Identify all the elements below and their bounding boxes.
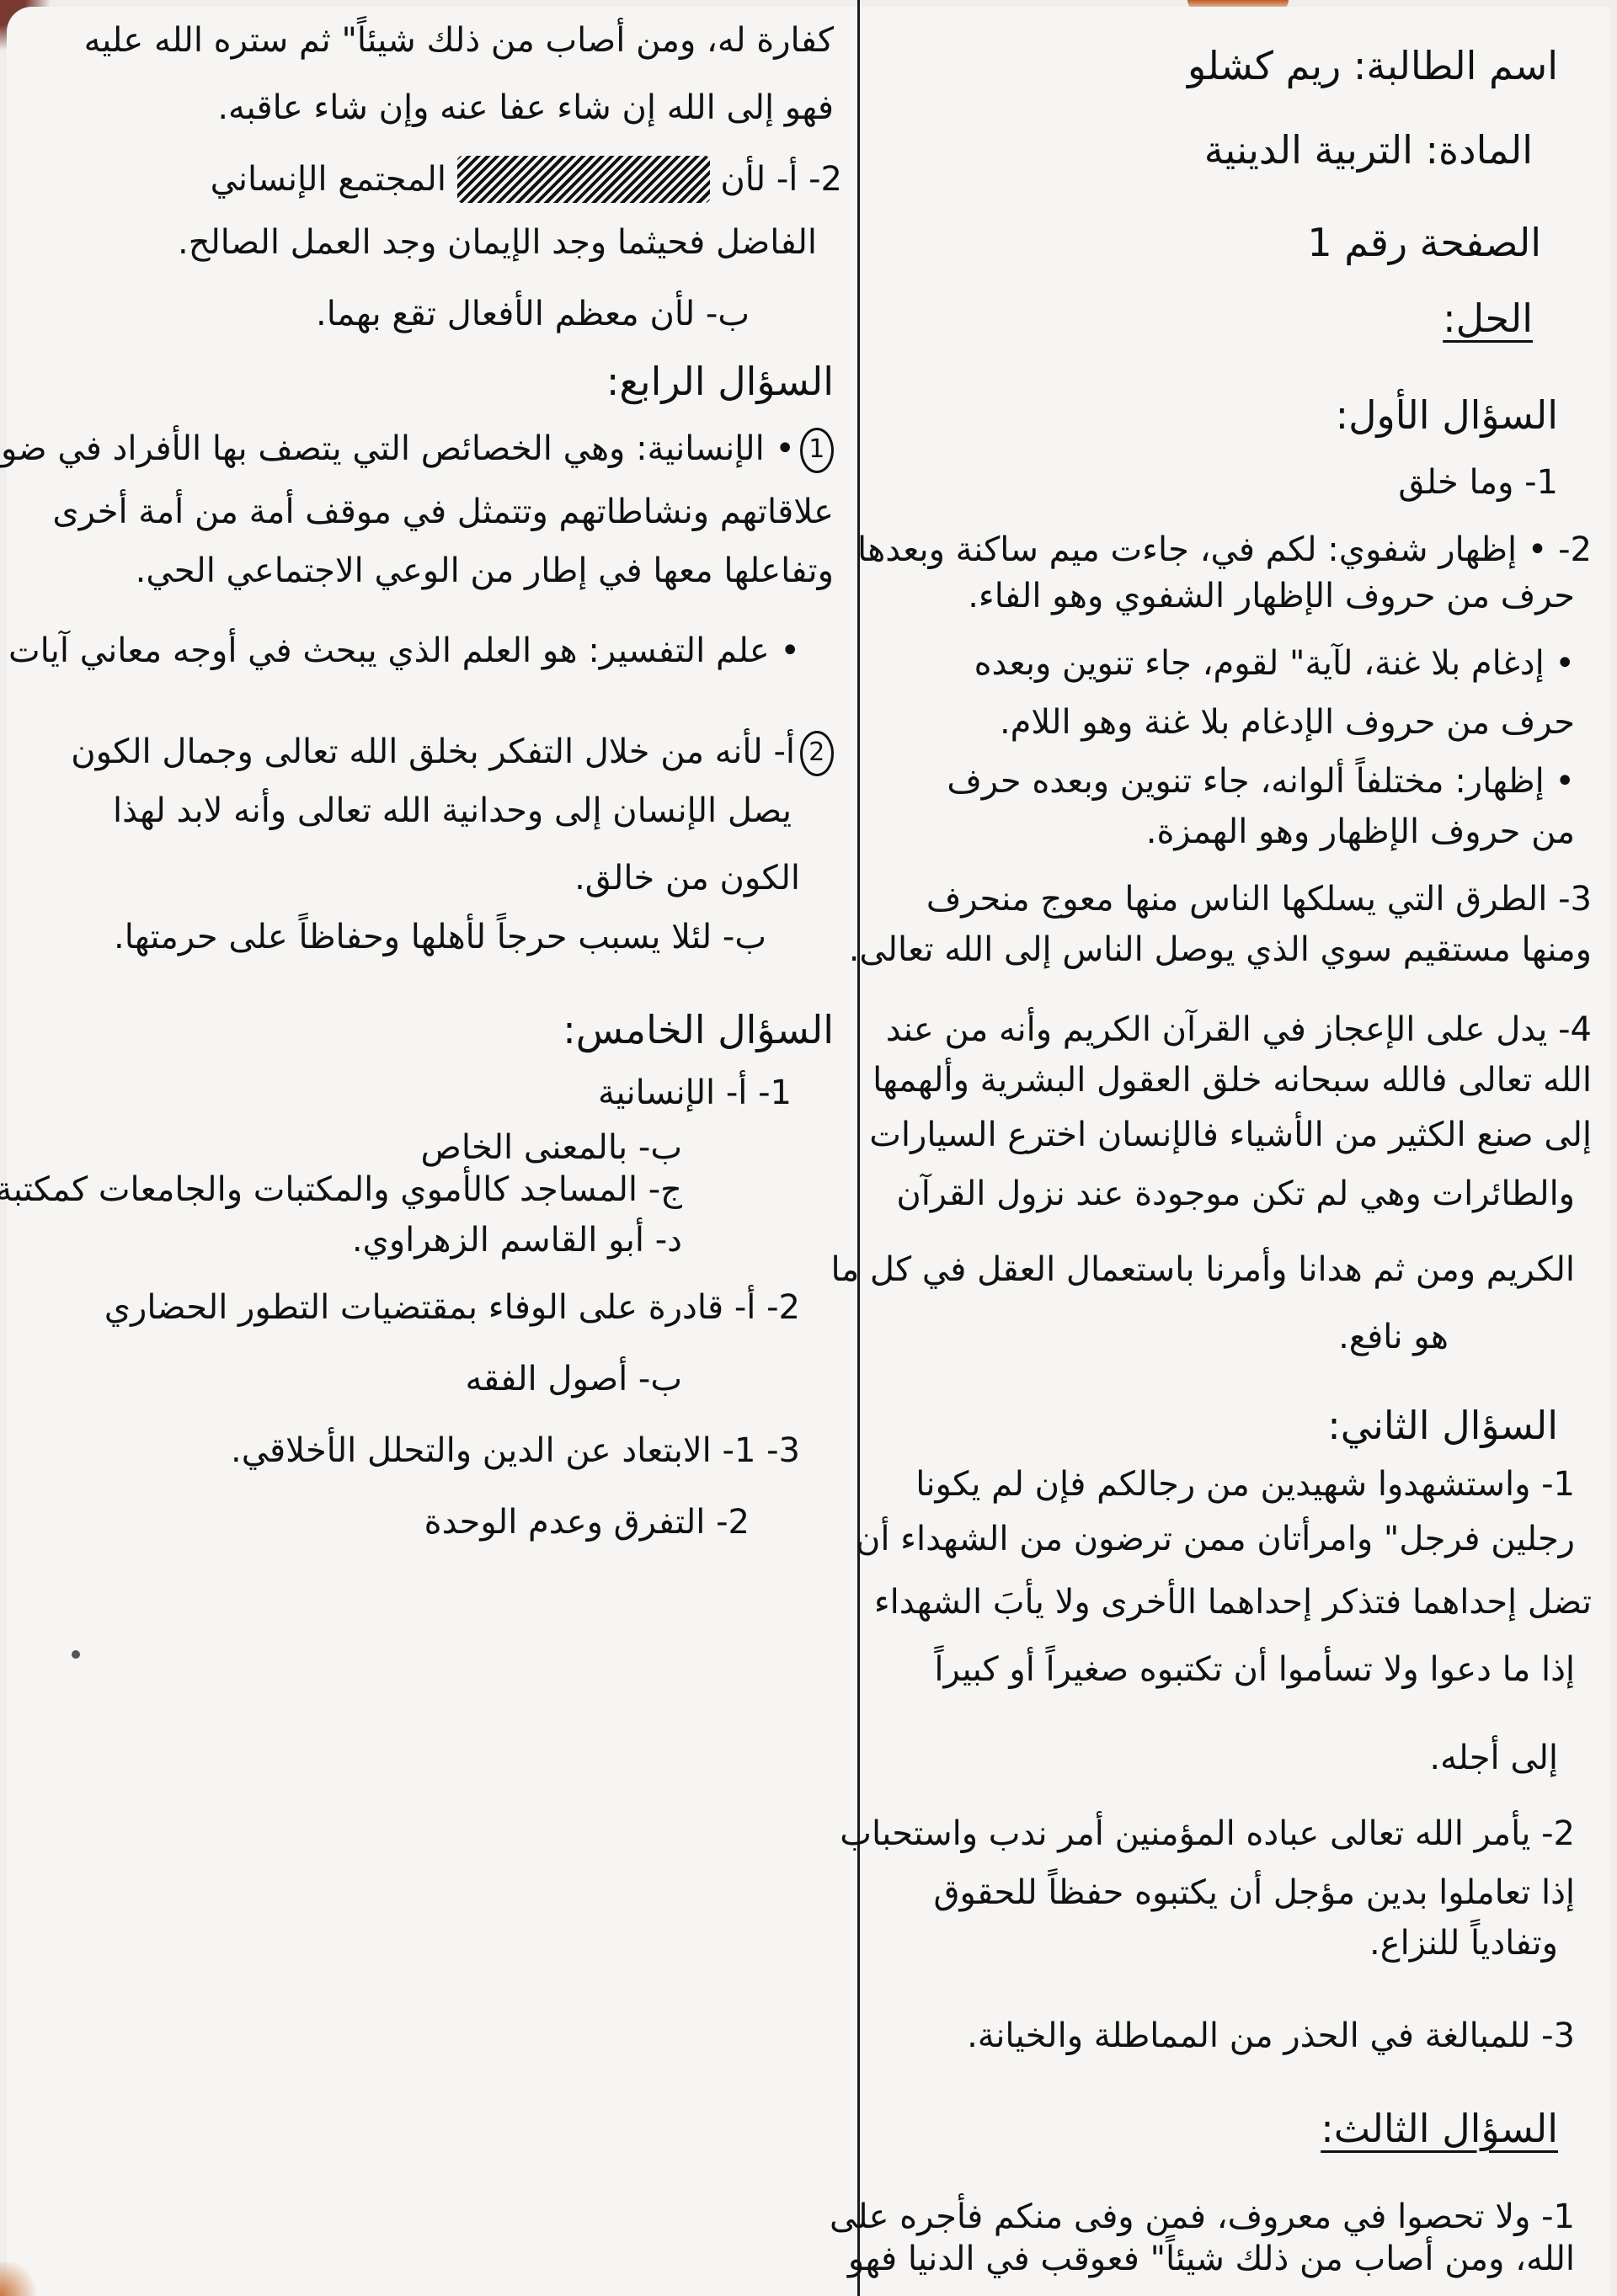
q4-line: • علم التفسير: هو العلم الذي يبحث في أوج… — [0, 627, 800, 674]
q4-line: وتفاعلها معها في إطار من الوعي الاجتماعي… — [136, 547, 834, 594]
item-number-circle: 2 — [800, 731, 834, 776]
q2-line: وتفادياً للنزاع. — [1369, 1920, 1558, 1967]
item-number-circle: 1 — [800, 428, 834, 473]
column-divider — [857, 0, 860, 2296]
photo-edge-bottom-left — [0, 2262, 51, 2296]
q2-line: 3- للمبالغة في الحذر من المماطلة والخيان… — [967, 2012, 1575, 2059]
q5-line: ب- بالمعنى الخاص — [420, 1124, 682, 1171]
q4-answer-2a: أ- لأنه من خلال التفكر بخلق الله تعالى و… — [71, 732, 795, 771]
q1-line: ومنها مستقيم سوي الذي يوصل الناس إلى الل… — [849, 926, 1592, 973]
q3-cont-line: الفاضل فحيثما وجد الإيمان وجد العمل الصا… — [178, 219, 817, 266]
q4-line: ب- لئلا يسبب حرجاً لأهلها وحفاظاً على حر… — [114, 914, 766, 961]
q1-line: هو نافع. — [1338, 1313, 1449, 1361]
q5-line: 2- التفرق وعدم الوحدة — [424, 1499, 750, 1546]
q3-line: 1- ولا تحصوا في معروف، فمن وفى منكم فأجر… — [830, 2193, 1575, 2240]
q1-line: 4- يدل على الإعجاز في القرآن الكريم وأنه… — [886, 1006, 1592, 1053]
q2-line: إذا ما دعوا ولا تسأموا أن تكتبوه صغيراً … — [934, 1646, 1575, 1693]
q3-title: السؤال الثالث: — [1321, 2105, 1558, 2152]
q1-line: • إظهار: مختلفاً ألوانه، جاء تنوين وبعده… — [947, 758, 1575, 805]
q5-title: السؤال الخامس: — [563, 1006, 834, 1053]
q1-line: من حروف الإظهار وهو الهمزة. — [1146, 808, 1575, 855]
page-number: الصفحة رقم 1 — [1307, 219, 1541, 266]
q1-line: حرف من حروف الإظهار الشفوي وهو الفاء. — [968, 573, 1575, 620]
q1-line: حرف من حروف الإدغام بلا غنة وهو اللام. — [1000, 699, 1575, 746]
q2-line: تضل إحداهما فتذكر إحداهما الأخرى ولا يأب… — [874, 1579, 1592, 1626]
q2-line: 2- يأمر الله تعالى عباده المؤمنين أمر ند… — [840, 1810, 1575, 1857]
q1-line: 3- الطرق التي يسلكها الناس منها معوج منح… — [926, 876, 1592, 923]
q4-line: 2أ- لأنه من خلال التفكر بخلق الله تعالى … — [71, 728, 834, 776]
q1-line: الكريم ومن ثم هدانا وأمرنا باستعمال العق… — [831, 1246, 1575, 1293]
q3-cont-line: كفارة له، ومن أصاب من ذلك شيئاً" ثم ستره… — [84, 17, 834, 64]
solution-label: الحل: — [1443, 295, 1533, 342]
q2-line: 1- واستشهدوا شهيدين من رجالكم فإن لم يكو… — [915, 1461, 1575, 1508]
q5-line: 1- أ- الإنسانية — [598, 1069, 792, 1116]
q2-line: إلى أجله. — [1429, 1734, 1558, 1782]
q5-line: د- أبو القاسم الزهراوي. — [352, 1217, 682, 1264]
q2-line: رجلين فرجل" وامرأتان ممن ترضون من الشهدا… — [856, 1516, 1575, 1563]
ink-spot — [72, 1650, 80, 1659]
q4-line: الكون من خالق. — [574, 855, 800, 902]
q4-line: 1• الإنسانية: وهي الخصائص التي يتصف بها … — [0, 425, 834, 473]
q1-line: 2- • إظهار شفوي: لكم في، جاءت ميم ساكنة … — [857, 526, 1592, 573]
q3-cont-line: فهو إلى الله إن شاء عفا عنه وإن شاء عاقب… — [217, 84, 834, 131]
subject: المادة: التربية الدينية — [1204, 126, 1533, 173]
q4-title: السؤال الرابع: — [606, 358, 834, 405]
q1-line: والطائرات وهي لم تكن موجودة عند نزول الق… — [896, 1170, 1575, 1217]
q5-line: ب- أصول الفقه — [465, 1356, 682, 1403]
q1-title: السؤال الأول: — [1336, 392, 1558, 439]
q4-line: يصل الإنسان إلى وحدانية الله تعالى وأنه … — [113, 787, 792, 834]
q4-definition-humanity: • الإنسانية: وهي الخصائص التي يتصف بها ا… — [0, 429, 795, 468]
q3-cont-line: ب- لأن معظم الأفعال تقع بهما. — [316, 290, 750, 338]
student-name: اسم الطالبة: ريم كشلو — [1187, 42, 1558, 89]
q5-line: ج- المساجد كالأموي والمكتبات والجامعات ك… — [0, 1166, 682, 1213]
q3-line: الله، ومن أصاب من ذلك شيئاً" فعوقب في ال… — [848, 2235, 1575, 2283]
q5-line: 3- 1- الابتعاد عن الدين والتحلل الأخلاقي… — [231, 1427, 800, 1474]
q2-line: إذا تعاملوا بدين مؤجل أن يكتبوه حفظاً لل… — [933, 1869, 1575, 1916]
q5-line: 2- أ- قادرة على الوفاء بمقتضيات التطور ا… — [104, 1284, 800, 1331]
crossed-out-text: التوحيد يوصل إلى — [457, 156, 710, 203]
q1-line: • إدغام بلا غنة، لآية" لقوم، جاء تنوين و… — [974, 640, 1575, 687]
q3-cont-line: 2- أ- لأن التوحيد يوصل إلى المجتمع الإنس… — [211, 156, 842, 203]
q3-2a-suffix: المجتمع الإنساني — [211, 160, 446, 199]
q1-line: الله تعالى فالله سبحانه خلق العقول البشر… — [873, 1057, 1592, 1104]
q4-line: علاقاتهم ونشاطاتهم وتتمثل في موقف أمة من… — [52, 488, 834, 535]
q3-2a-prefix: 2- أ- لأن — [720, 160, 842, 199]
q2-title: السؤال الثاني: — [1327, 1402, 1558, 1449]
q1-line: 1- وما خلق — [1398, 459, 1558, 506]
q1-line: إلى صنع الكثير من الأشياء فالإنسان اخترع… — [869, 1111, 1592, 1159]
